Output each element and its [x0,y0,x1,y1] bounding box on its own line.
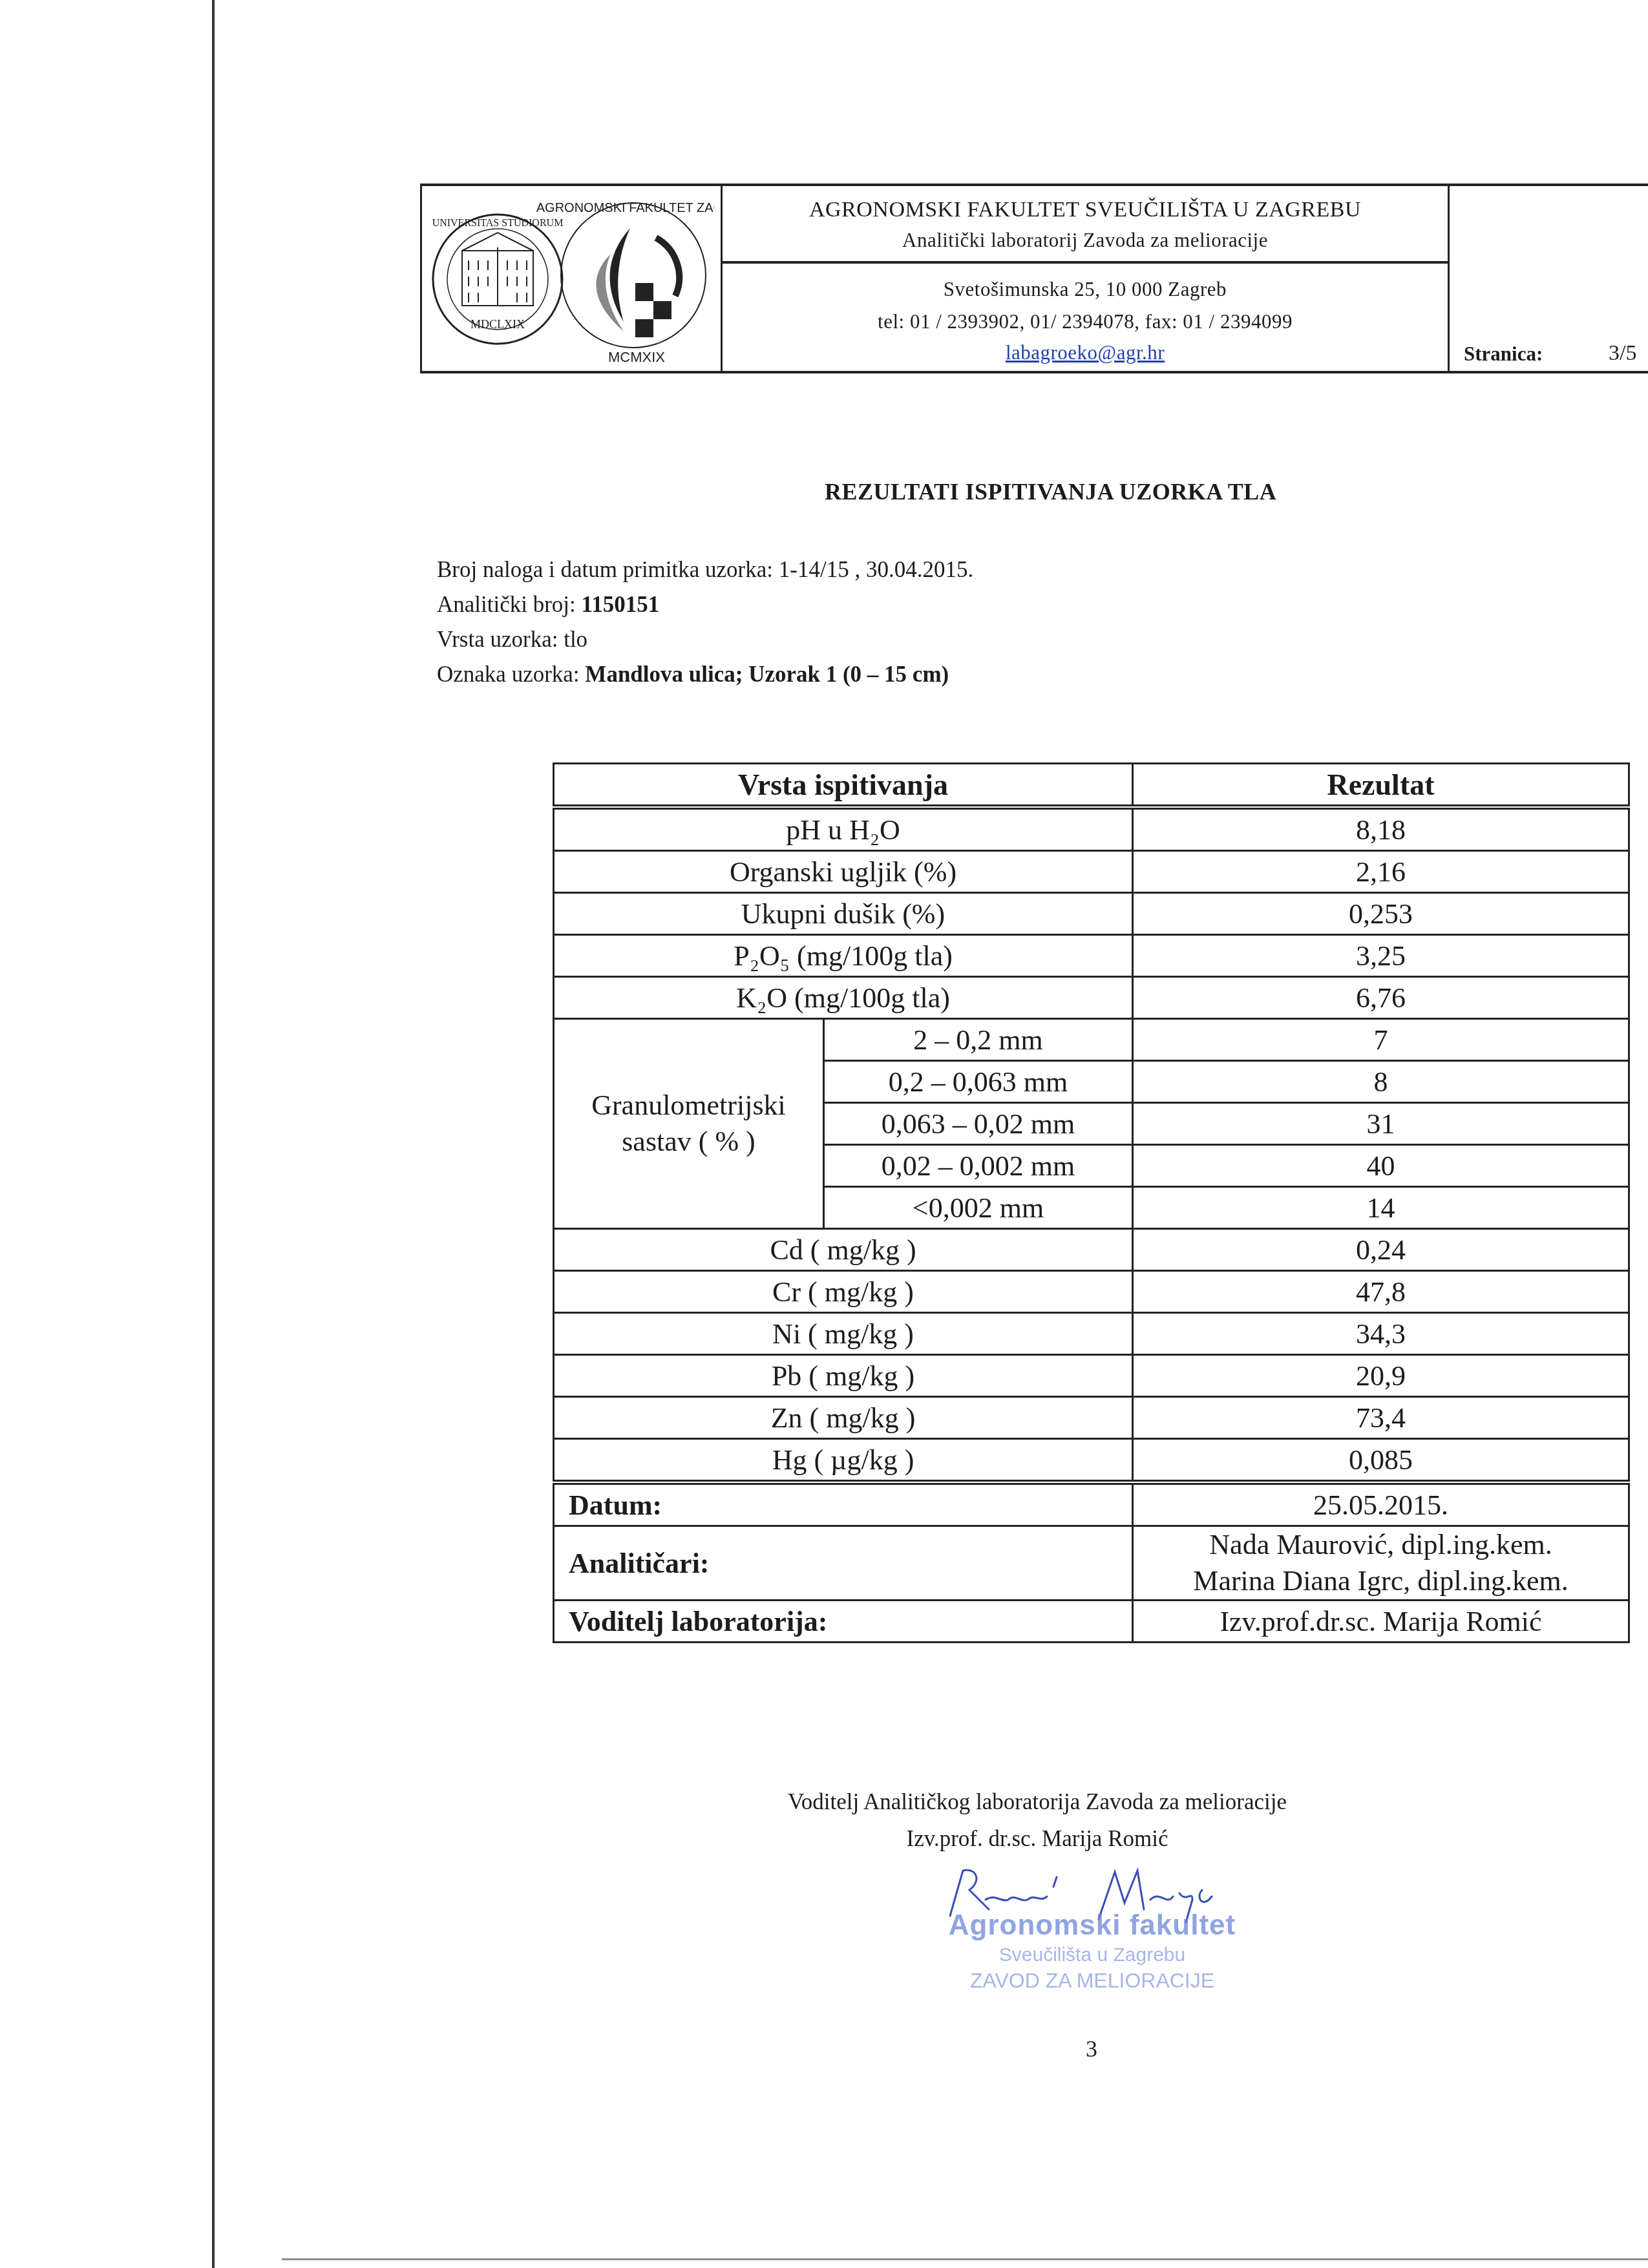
scan-edge-line-bottom [282,2258,1648,2260]
footer-signatory: Voditelj Analitičkog laboratorija Zavoda… [679,1783,1396,1857]
page-label: Stranica: [1464,342,1543,366]
analysts-value: Nada Maurović, dipl.ing.kem. Marina Dian… [1133,1526,1629,1601]
department-name: Analitički laboratorij Zavoda za meliora… [723,229,1448,252]
phone-fax: tel: 01 / 2393902, 01/ 2394078, fax: 01 … [723,310,1448,333]
letterhead-contact: Svetošimunska 25, 10 000 Zagreb tel: 01 … [723,264,1448,371]
footer-title: Voditelj Analitičkog laboratorija Zavoda… [679,1783,1396,1820]
date-label: Datum: [554,1482,1133,1526]
scan-edge-line [212,0,215,2268]
table-row: P₂O₅ (mg/100g tla) 3,25 [554,935,1629,977]
analysts-row: Analitičari: Nada Maurović, dipl.ing.kem… [554,1526,1629,1601]
email-link[interactable]: labagroeko@agr.hr [1006,341,1165,364]
table-row: Pb ( mg/kg ) 20,9 [554,1355,1629,1397]
institution-stamp: Agronomski fakultet Sveučilišta u Zagreb… [931,1909,1254,1993]
lab-head-label: Voditelj laboratorija: [554,1601,1133,1643]
sample-meta: Broj naloga i datum primitka uzorka: 1-1… [437,552,973,692]
table-row: Cd ( mg/kg ) 0,24 [554,1229,1629,1271]
table-row: Hg ( µg/kg ) 0,085 [554,1439,1629,1483]
order-info: Broj naloga i datum primitka uzorka: 1-1… [437,552,973,587]
table-row: Ni ( mg/kg ) 34,3 [554,1313,1629,1355]
lab-head-row: Voditelj laboratorija: Izv.prof.dr.sc. M… [554,1601,1629,1643]
granulometry-label: Granulometrijski sastav ( % ) [554,1019,824,1229]
page-number: 3 [1086,2035,1097,2063]
footer-name: Izv.prof. dr.sc. Marija Romić [679,1820,1396,1857]
table-row: K₂O (mg/100g tla) 6,76 [554,977,1629,1019]
analytic-number: Analitički broj: 1150151 [437,587,973,622]
header-test-type: Vrsta ispitivanja [554,764,1133,808]
results-table: Vrsta ispitivanja Rezultat pH u H₂O 8,18… [553,762,1628,1643]
institution-name: AGRONOMSKI FAKULTET SVEUČILIŠTA U ZAGREB… [723,198,1448,222]
svg-text:MDCLXIX: MDCLXIX [470,318,525,331]
header-result: Rezultat [1133,764,1629,808]
svg-text:UNIVERSITAS STUDIORUM: UNIVERSITAS STUDIORUM [432,218,564,229]
university-seal-icon: MDCLXIX UNIVERSITAS STUDIORUM AGRONOMSKI… [430,193,714,366]
table-row: Zn ( mg/kg ) 73,4 [554,1397,1629,1439]
table-row-granulometry: Granulometrijski sastav ( % ) 2 – 0,2 mm… [554,1019,1629,1061]
letterhead-names: AGRONOMSKI FAKULTET SVEUČILIŠTA U ZAGREB… [723,186,1448,264]
table-row: Cr ( mg/kg ) 47,8 [554,1271,1629,1313]
date-value: 25.05.2015. [1133,1482,1629,1526]
svg-text:MCMXIX: MCMXIX [608,349,665,365]
email-line: labagroeko@agr.hr [723,341,1448,364]
table-row: Ukupni dušik (%) 0,253 [554,893,1629,935]
table-header: Vrsta ispitivanja Rezultat [554,764,1629,808]
address: Svetošimunska 25, 10 000 Zagreb [723,278,1448,301]
page-value: 3/5 [1609,341,1636,366]
table-row: Organski ugljik (%) 2,16 [554,851,1629,893]
page-info: Stranica: 3/5 [1448,186,1648,371]
document-title: REZULTATI ISPITIVANJA UZORKA TLA [825,478,1276,505]
sample-label: Oznaka uzorka: Mandlova ulica; Uzorak 1 … [437,657,973,692]
svg-text:AGRONOMSKI FAKULTET ZAGREB: AGRONOMSKI FAKULTET ZAGREB [536,201,714,215]
sample-type: Vrsta uzorka: tlo [437,622,973,657]
date-row: Datum: 25.05.2015. [554,1482,1629,1526]
letterhead: MDCLXIX UNIVERSITAS STUDIORUM AGRONOMSKI… [420,184,1648,373]
lab-head-value: Izv.prof.dr.sc. Marija Romić [1133,1601,1629,1643]
faculty-logo: MDCLXIX UNIVERSITAS STUDIORUM AGRONOMSKI… [422,186,723,371]
table-row: pH u H₂O 8,18 [554,807,1629,851]
analysts-label: Analitičari: [554,1526,1133,1601]
